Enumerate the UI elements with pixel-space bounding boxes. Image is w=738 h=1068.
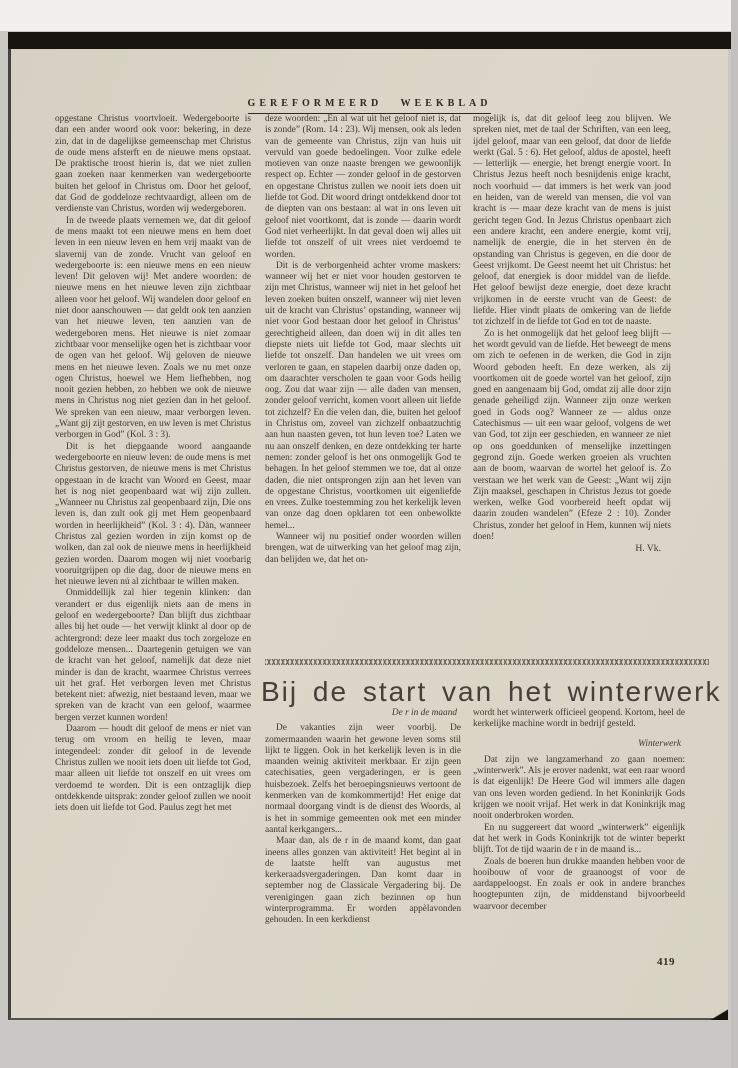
paragraph: Wanneer wij nu positief onder woorden wi…	[265, 532, 461, 566]
paragraph: Dit is het diepgaande woord aangaande we…	[55, 442, 251, 589]
paragraph: Maar dan, als de r in de maand komt, dan…	[265, 836, 461, 926]
author-signature: H. Vk.	[473, 543, 671, 554]
paragraph: Daarom — houdt dit geloof de mens er nie…	[55, 724, 251, 814]
article1-column-2: deze woorden: „En al wat uit het geloof …	[265, 114, 461, 566]
chain-separator	[265, 659, 709, 665]
page-number: 419	[473, 956, 675, 968]
masthead: GEREFORMEERD WEEKBLAD	[11, 93, 728, 114]
paragraph: Dit is de verborgenheid achter vrome mas…	[265, 261, 461, 532]
scan-background-right	[731, 0, 738, 1068]
article2-column-1: De r in de maand De vakanties zijn weer …	[265, 708, 461, 927]
subhead-winterwerk: Winterwerk	[473, 739, 685, 750]
article2-title: Bij de start van het winterwerk	[261, 676, 721, 708]
kicker-de-r-in-de-maand: De r in de maand	[265, 708, 461, 719]
paragraph: deze woorden: „En al wat uit het geloof …	[265, 114, 461, 261]
paragraph: De vakanties zijn weer voorbij. De zomer…	[265, 723, 461, 836]
paragraph: En nu suggereert dat woord „winterwerk” …	[473, 823, 685, 857]
article1-column-1: opgestane Christus voortvloeit. Wedergeb…	[55, 114, 251, 814]
paragraph: mogelijk is, dat dit geloof leeg zou bli…	[473, 114, 671, 329]
paragraph: Zoals de boeren hun drukke maanden hebbe…	[473, 857, 685, 913]
paragraph: Dat zijn we langzamerhand zo gaan noemen…	[473, 755, 685, 823]
paragraph: opgestane Christus voortvloeit. Wedergeb…	[55, 114, 251, 216]
paragraph: Onmiddellijk zal hier tegenin klinken: d…	[55, 588, 251, 724]
magazine-page: GEREFORMEERD WEEKBLAD opgestane Christus…	[8, 32, 728, 1020]
paragraph: wordt het winterwerk officieel geopend. …	[473, 708, 685, 731]
masthead-title: GEREFORMEERD WEEKBLAD	[248, 98, 492, 114]
article1-column-3: mogelijk is, dat dit geloof leeg zou bli…	[473, 114, 671, 555]
paragraph: In de tweede plaats vernemen we, dat dit…	[55, 216, 251, 442]
paragraph: Zo is het onmogelijk dat het geloof leeg…	[473, 329, 671, 544]
scan-edge-bar	[8, 32, 731, 49]
scan-background-top	[0, 0, 738, 31]
page-corner-shadow	[708, 1008, 728, 1020]
article2-column-2: wordt het winterwerk officieel geopend. …	[473, 708, 685, 913]
